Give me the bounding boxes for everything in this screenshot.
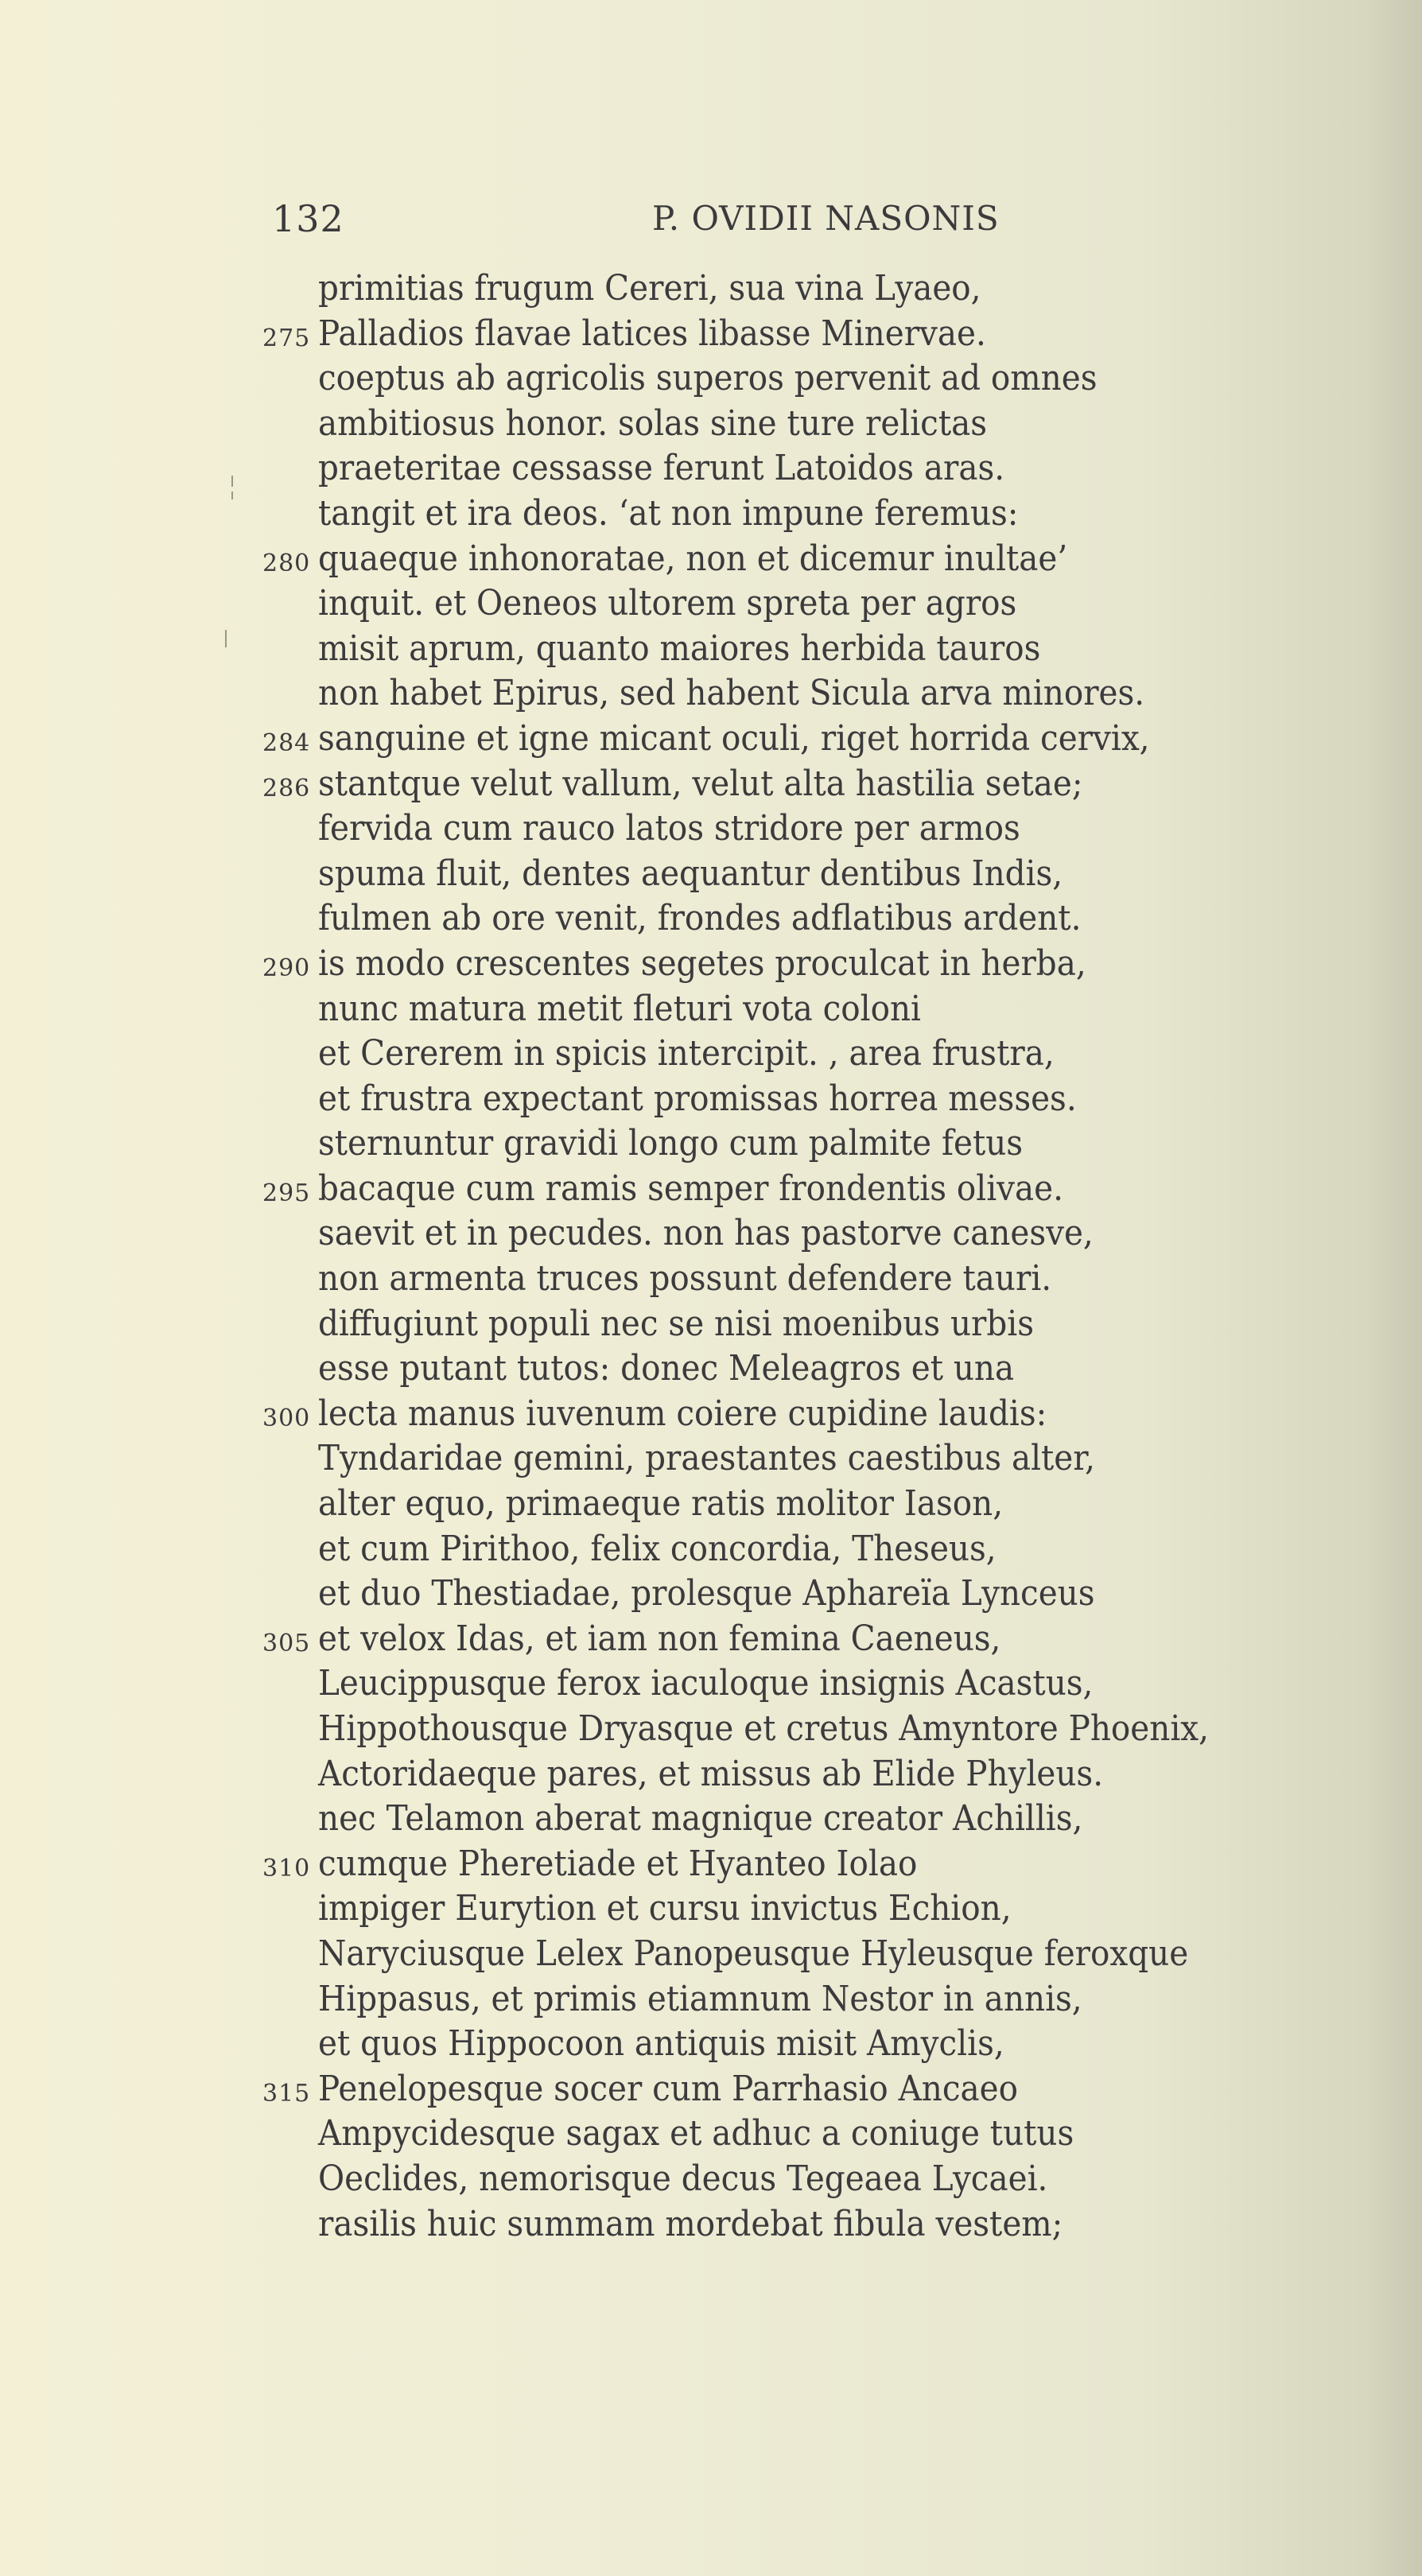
verse-text: sternuntur gravidi longo cum palmite fet… bbox=[318, 1121, 1023, 1167]
verse-line: et cum Pirithoo, felix concordia, Theseu… bbox=[262, 1527, 1408, 1572]
verse-text: et frustra expectant promissas horrea me… bbox=[318, 1077, 1077, 1122]
verse-text: et quos Hippocoon antiquis misit Amyclis… bbox=[318, 2022, 1004, 2067]
line-number: 305 bbox=[262, 1622, 312, 1667]
running-head: 132 P. OVIDII NASONIS bbox=[272, 197, 1067, 245]
verse-line: praeteritae cessasse ferunt Latoidos ara… bbox=[262, 446, 1408, 491]
verse-text: non armenta truces possunt defendere tau… bbox=[318, 1257, 1051, 1302]
verse-text: cumque Pheretiade et Hyanteo Iolao bbox=[318, 1842, 917, 1887]
verse-line: rasilis huic summam mordebat fibula vest… bbox=[262, 2202, 1408, 2248]
verse-line: 305et velox Idas, et iam non femina Caen… bbox=[262, 1617, 1408, 1662]
verse-line: spuma fluit, dentes aequantur dentibus I… bbox=[262, 852, 1408, 897]
verse-line: tangit et ira deos. ‘at non impune ferem… bbox=[262, 491, 1408, 537]
verse-line: inquit. et Oeneos ultorem spreta per agr… bbox=[262, 581, 1408, 627]
verse-line: et frustra expectant promissas horrea me… bbox=[262, 1077, 1408, 1122]
verse-line: Leucippusque ferox iaculoque insignis Ac… bbox=[262, 1661, 1408, 1707]
verse-line: nec Telamon aberat magnique creator Achi… bbox=[262, 1797, 1408, 1842]
verse-line: ambitiosus honor. solas sine ture relict… bbox=[262, 402, 1408, 447]
verse-line: misit aprum, quanto maiores herbida taur… bbox=[262, 627, 1408, 672]
verse-text: inquit. et Oeneos ultorem spreta per agr… bbox=[318, 581, 1016, 627]
verse-text: primitias frugum Cereri, sua vina Lyaeo, bbox=[318, 266, 981, 312]
verse-line: et duo Thestiadae, prolesque Aphareïa Ly… bbox=[262, 1572, 1408, 1617]
verse-line: fervida cum rauco latos stridore per arm… bbox=[262, 806, 1408, 852]
line-number: 280 bbox=[262, 542, 312, 587]
verse-text: Penelopesque socer cum Parrhasio Ancaeo bbox=[318, 2067, 1018, 2112]
verse-text: rasilis huic summam mordebat fibula vest… bbox=[318, 2202, 1063, 2248]
verse-line: et Cererem in spicis intercipit. , area … bbox=[262, 1032, 1408, 1077]
verse-text: Hippothousque Dryasque et cretus Amyntor… bbox=[318, 1707, 1209, 1752]
verse-line: Naryciusque Lelex Panopeusque Hyleusque … bbox=[262, 1932, 1408, 1977]
verse-block: primitias frugum Cereri, sua vina Lyaeo,… bbox=[262, 266, 1408, 2247]
verse-text: Hippasus, et primis etiamnum Nestor in a… bbox=[318, 1977, 1082, 2022]
verse-line: 284sanguine et igne micant oculi, riget … bbox=[262, 717, 1408, 762]
verse-text: lecta manus iuvenum coiere cupidine laud… bbox=[318, 1392, 1047, 1437]
line-number: 315 bbox=[262, 2072, 312, 2117]
verse-line: 310cumque Pheretiade et Hyanteo Iolao bbox=[262, 1842, 1408, 1887]
verse-text: is modo crescentes segetes proculcat in … bbox=[318, 942, 1086, 987]
verse-text: ambitiosus honor. solas sine ture relict… bbox=[318, 402, 987, 447]
verse-text: diffugiunt populi nec se nisi moenibus u… bbox=[318, 1302, 1034, 1347]
verse-text: stantque velut vallum, velut alta hastil… bbox=[318, 762, 1083, 807]
verse-text: Ampycidesque sagax et adhuc a coniuge tu… bbox=[318, 2112, 1074, 2157]
verse-text: esse putant tutos: donec Meleagros et un… bbox=[318, 1346, 1014, 1392]
scan-mark bbox=[231, 476, 233, 487]
verse-line: nunc matura metit fleturi vota coloni bbox=[262, 987, 1408, 1032]
line-number: 300 bbox=[262, 1397, 312, 1442]
verse-line: 275Palladios flavae latices libasse Mine… bbox=[262, 312, 1408, 357]
verse-text: quaeque inhonoratae, non et dicemur inul… bbox=[318, 537, 1067, 582]
verse-line: saevit et in pecudes. non has pastorve c… bbox=[262, 1211, 1408, 1257]
verse-text: et cum Pirithoo, felix concordia, Theseu… bbox=[318, 1527, 997, 1572]
verse-line: coeptus ab agricolis superos pervenit ad… bbox=[262, 356, 1408, 402]
verse-text: et velox Idas, et iam non femina Caeneus… bbox=[318, 1617, 1000, 1662]
verse-line: Ampycidesque sagax et adhuc a coniuge tu… bbox=[262, 2112, 1408, 2157]
verse-text: misit aprum, quanto maiores herbida taur… bbox=[318, 627, 1040, 672]
verse-line: sternuntur gravidi longo cum palmite fet… bbox=[262, 1121, 1408, 1167]
verse-text: Tyndaridae gemini, praestantes caestibus… bbox=[318, 1436, 1095, 1482]
verse-text: et Cererem in spicis intercipit. , area … bbox=[318, 1032, 1055, 1077]
verse-text: et duo Thestiadae, prolesque Aphareïa Ly… bbox=[318, 1572, 1095, 1617]
verse-text: Oeclides, nemorisque decus Tegeaea Lycae… bbox=[318, 2157, 1047, 2202]
verse-text: bacaque cum ramis semper frondentis oliv… bbox=[318, 1167, 1063, 1212]
line-number: 290 bbox=[262, 946, 312, 992]
verse-line: diffugiunt populi nec se nisi moenibus u… bbox=[262, 1302, 1408, 1347]
verse-line: Hippothousque Dryasque et cretus Amyntor… bbox=[262, 1707, 1408, 1752]
line-number: 310 bbox=[262, 1847, 312, 1892]
verse-line: 280quaeque inhonoratae, non et dicemur i… bbox=[262, 537, 1408, 582]
verse-line: 315Penelopesque socer cum Parrhasio Anca… bbox=[262, 2067, 1408, 2112]
verse-line: Tyndaridae gemini, praestantes caestibus… bbox=[262, 1436, 1408, 1482]
book-page: 132 P. OVIDII NASONIS primitias frugum C… bbox=[0, 0, 1422, 2576]
verse-line: Hippasus, et primis etiamnum Nestor in a… bbox=[262, 1977, 1408, 2022]
verse-line: impiger Eurytion et cursu invictus Echio… bbox=[262, 1886, 1408, 1932]
verse-text: Actoridaeque pares, et missus ab Elide P… bbox=[318, 1752, 1103, 1797]
verse-text: non habet Epirus, sed habent Sicula arva… bbox=[318, 671, 1144, 717]
verse-line: esse putant tutos: donec Meleagros et un… bbox=[262, 1346, 1408, 1392]
line-number: 284 bbox=[262, 721, 312, 767]
verse-text: coeptus ab agricolis superos pervenit ad… bbox=[318, 356, 1097, 402]
verse-text: nec Telamon aberat magnique creator Achi… bbox=[318, 1797, 1082, 1842]
verse-line: 300lecta manus iuvenum coiere cupidine l… bbox=[262, 1392, 1408, 1437]
verse-text: praeteritae cessasse ferunt Latoidos ara… bbox=[318, 446, 1004, 491]
verse-line: Oeclides, nemorisque decus Tegeaea Lycae… bbox=[262, 2157, 1408, 2202]
scan-mark bbox=[231, 491, 233, 499]
scan-mark bbox=[225, 630, 227, 647]
verse-text: saevit et in pecudes. non has pastorve c… bbox=[318, 1211, 1094, 1257]
verse-line: 286stantque velut vallum, velut alta has… bbox=[262, 762, 1408, 807]
verse-text: alter equo, primaeque ratis molitor Iaso… bbox=[318, 1482, 1003, 1527]
verse-line: et quos Hippocoon antiquis misit Amyclis… bbox=[262, 2022, 1408, 2067]
line-number: 275 bbox=[262, 317, 312, 362]
verse-text: fulmen ab ore venit, frondes adflatibus … bbox=[318, 896, 1081, 942]
verse-line: non habet Epirus, sed habent Sicula arva… bbox=[262, 671, 1408, 717]
line-number: 295 bbox=[262, 1171, 312, 1217]
verse-line: alter equo, primaeque ratis molitor Iaso… bbox=[262, 1482, 1408, 1527]
verse-text: Palladios flavae latices libasse Minerva… bbox=[318, 312, 986, 357]
verse-text: fervida cum rauco latos stridore per arm… bbox=[318, 806, 1020, 852]
running-title: P. OVIDII NASONIS bbox=[652, 199, 1000, 238]
verse-line: primitias frugum Cereri, sua vina Lyaeo, bbox=[262, 266, 1408, 312]
verse-text: Naryciusque Lelex Panopeusque Hyleusque … bbox=[318, 1932, 1188, 1977]
verse-line: non armenta truces possunt defendere tau… bbox=[262, 1257, 1408, 1302]
verse-text: spuma fluit, dentes aequantur dentibus I… bbox=[318, 852, 1063, 897]
verse-text: nunc matura metit fleturi vota coloni bbox=[318, 987, 921, 1032]
verse-line: Actoridaeque pares, et missus ab Elide P… bbox=[262, 1752, 1408, 1797]
page-number: 132 bbox=[272, 197, 344, 240]
verse-text: Leucippusque ferox iaculoque insignis Ac… bbox=[318, 1661, 1093, 1707]
verse-line: 295bacaque cum ramis semper frondentis o… bbox=[262, 1167, 1408, 1212]
verse-text: tangit et ira deos. ‘at non impune ferem… bbox=[318, 491, 1018, 537]
verse-text: sanguine et igne micant oculi, riget hor… bbox=[318, 717, 1150, 762]
verse-line: fulmen ab ore venit, frondes adflatibus … bbox=[262, 896, 1408, 942]
verse-text: impiger Eurytion et cursu invictus Echio… bbox=[318, 1886, 1012, 1932]
line-number: 286 bbox=[262, 767, 312, 812]
verse-line: 290is modo crescentes segetes proculcat … bbox=[262, 942, 1408, 987]
